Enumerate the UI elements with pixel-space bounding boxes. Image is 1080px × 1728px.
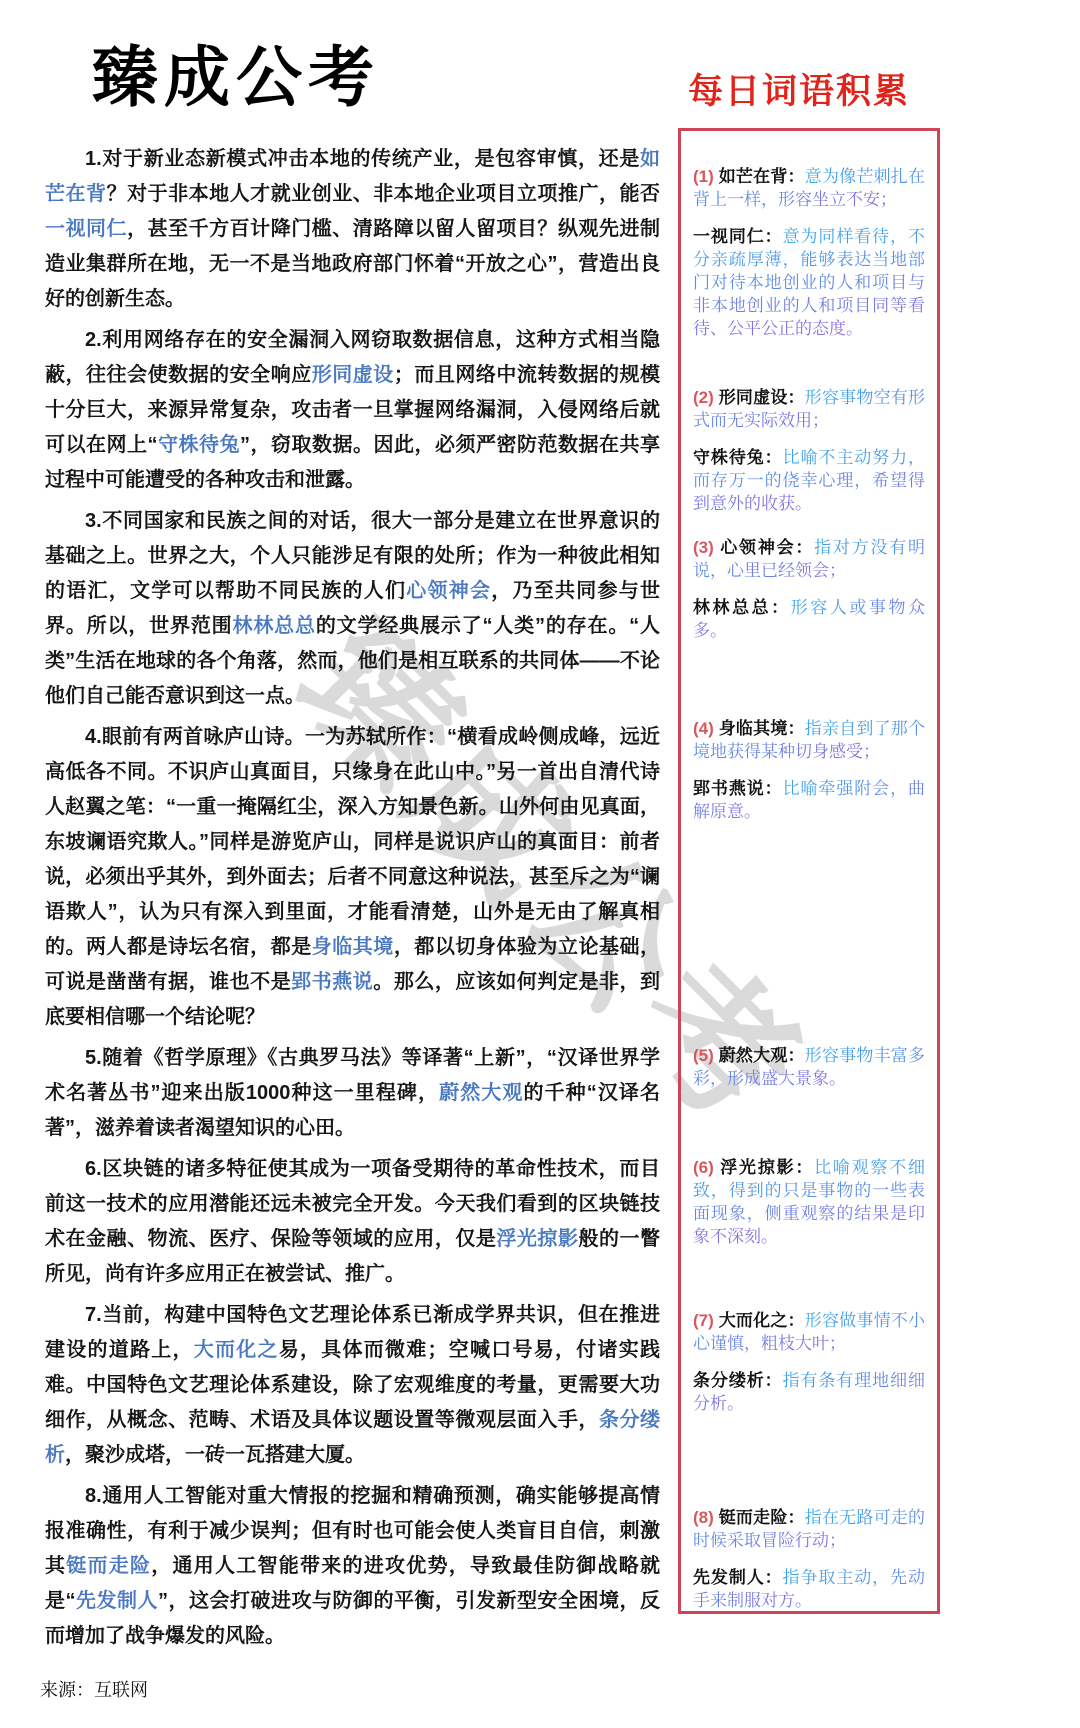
vocab-term: 如芒在背： [719,167,805,186]
vocab-term: 条分缕析： [693,1371,783,1390]
entry-number: (7) [693,1311,719,1330]
vocab-term: 身临其境： [719,719,805,738]
entry-number: (1) [693,167,719,186]
vocab-term-block: 一视同仁：意为同样看待，不分亲疏厚薄，能够表达当地部门对待本地创业的人和项目与非… [693,225,925,340]
vocab-term: 大而化之： [719,1311,805,1330]
vocab-term: 一视同仁： [693,227,783,246]
vocab-term: 铤而走险： [719,1508,805,1527]
vocab-term-block: 守株待兔：比喻不主动努力，而存万一的侥幸心理，希望得到意外的收获。 [693,446,925,515]
highlighted-idiom: 一视同仁 [45,218,127,240]
article-text-column: 1.对于新业态新模式冲击本地的传统产业，是包容审慎，还是如芒在背？对于非本地人才… [45,142,660,1660]
vocab-term-block: (2) 形同虚设：形容事物空有形式而无实际效用； [693,386,925,432]
vocab-term: 形同虚设： [719,388,805,407]
highlighted-idiom: 林林总总 [233,615,316,637]
vocab-entry: (2) 形同虚设：形容事物空有形式而无实际效用；守株待兔：比喻不主动努力，而存万… [693,386,925,515]
highlighted-idiom: 形同虚设 [312,364,394,386]
vocab-entry: (4) 身临其境：指亲自到了那个境地获得某种切身感受；郢书燕说：比喻牵强附会，曲… [693,717,925,823]
paragraph-text: ，聚沙成塔，一砖一瓦搭建大厦。 [65,1444,365,1466]
vocab-entry: (7) 大而化之：形容做事情不小心谨慎，粗枝大叶；条分缕析：指有条有理地细细分析… [693,1309,925,1415]
paragraph: 6.区块链的诸多特征使其成为一项备受期待的革命性技术，而目前这一技术的应用潜能还… [45,1152,660,1292]
paragraph: 8.通用人工智能对重大情报的挖掘和精确预测，确实能够提高情报准确性，有利于减少误… [45,1479,660,1654]
paragraph: 3.不同国家和民族之间的对话，很大一部分是建立在世界意识的基础之上。世界之大，个… [45,504,660,714]
highlighted-idiom: 蔚然大观 [439,1082,523,1104]
page: 臻成公考 臻成公考 每日词语积累 1.对于新业态新模式冲击本地的传统产业，是包容… [0,0,1080,1728]
vocab-term: 心领神会： [720,538,814,557]
daily-vocab-title: 每日词语积累 [688,64,910,114]
vocab-term-block: (6) 浮光掠影：比喻观察不细致，得到的只是事物的一些表面现象，侧重观察的结果是… [693,1156,925,1248]
highlighted-idiom: 郢书燕说 [291,971,373,993]
paragraph-text: ，甚至千方百计降门槛、清路障以留人留项目？纵观先进制造业集群所在地，无一不是当地… [45,218,660,310]
vocab-term-block: (4) 身临其境：指亲自到了那个境地获得某种切身感受； [693,717,925,763]
vocab-entry: (8) 铤而走险：指在无路可走的时候采取冒险行动；先发制人：指争取主动，先动手来… [693,1506,925,1612]
vocab-term: 林林总总： [693,598,791,617]
paragraph: 2.利用网络存在的安全漏洞入网窃取数据信息，这种方式相当隐蔽，往往会使数据的安全… [45,323,660,498]
highlighted-idiom: 铤而走险 [66,1555,151,1577]
vocab-entry: (5) 蔚然大观：形容事物丰富多彩，形成盛大景象。 [693,1044,925,1090]
vocab-term-block: (8) 铤而走险：指在无路可走的时候采取冒险行动； [693,1506,925,1552]
brand-logo: 臻成公考 [92,24,380,119]
paragraph-text: ？对于非本地人才就业创业、非本地企业项目立项推广，能否 [107,183,660,205]
highlighted-idiom: 守株待兔 [158,434,241,456]
vocab-entry: (3) 心领神会：指对方没有明说，心里已经领会；林林总总：形容人或事物众多。 [693,536,925,642]
entry-number: (4) [693,719,719,738]
entry-number: (3) [693,538,720,557]
paragraph-text: 1.对于新业态新模式冲击本地的传统产业，是包容审慎，还是 [85,148,640,170]
entry-number: (8) [693,1508,719,1527]
vocab-term: 蔚然大观： [719,1046,805,1065]
highlighted-idiom: 大而化之 [194,1339,279,1361]
vocab-term-block: (1) 如芒在背：意为像芒刺扎在背上一样，形容坐立不安； [693,165,925,211]
vocab-term: 守株待兔： [693,448,783,467]
vocab-term: 先发制人： [693,1568,783,1587]
highlighted-idiom: 身临其境 [312,936,394,958]
paragraph: 5.随着《哲学原理》《古典罗马法》等译著“上新”，“汉译世界学术名著丛书”迎来出… [45,1041,660,1146]
paragraph: 7.当前，构建中国特色文艺理论体系已渐成学界共识，但在推进建设的道路上，大而化之… [45,1298,660,1473]
highlighted-idiom: 心领神会 [406,580,491,602]
vocab-term-block: (7) 大而化之：形容做事情不小心谨慎，粗枝大叶； [693,1309,925,1355]
vocab-term-block: (3) 心领神会：指对方没有明说，心里已经领会； [693,536,925,582]
vocab-entry: (1) 如芒在背：意为像芒刺扎在背上一样，形容坐立不安；一视同仁：意为同样看待，… [693,165,925,340]
vocab-term-block: 林林总总：形容人或事物众多。 [693,596,925,642]
paragraph: 1.对于新业态新模式冲击本地的传统产业，是包容审慎，还是如芒在背？对于非本地人才… [45,142,660,317]
vocab-term: 郢书燕说： [693,779,783,798]
vocab-term-block: (5) 蔚然大观：形容事物丰富多彩，形成盛大景象。 [693,1044,925,1090]
vocab-term-block: 郢书燕说：比喻牵强附会，曲解原意。 [693,777,925,823]
entry-number: (2) [693,388,719,407]
paragraph-text: 4.眼前有两首咏庐山诗。一为苏轼所作：“横看成岭侧成峰，远近高低各不同。不识庐山… [45,726,660,958]
source-note: 来源：互联网 [40,1676,148,1702]
vocab-term-block: 条分缕析：指有条有理地细细分析。 [693,1369,925,1415]
vocab-term-block: 先发制人：指争取主动，先动手来制服对方。 [693,1566,925,1612]
entry-number: (6) [693,1158,720,1177]
vocab-term: 浮光掠影： [720,1158,814,1177]
vocab-panel: (1) 如芒在背：意为像芒刺扎在背上一样，形容坐立不安；一视同仁：意为同样看待，… [678,128,940,1614]
highlighted-idiom: 先发制人 [76,1590,159,1612]
entry-number: (5) [693,1046,719,1065]
paragraph: 4.眼前有两首咏庐山诗。一为苏轼所作：“横看成岭侧成峰，远近高低各不同。不识庐山… [45,720,660,1035]
highlighted-idiom: 浮光掠影 [496,1228,578,1250]
vocab-entry: (6) 浮光掠影：比喻观察不细致，得到的只是事物的一些表面现象，侧重观察的结果是… [693,1156,925,1248]
